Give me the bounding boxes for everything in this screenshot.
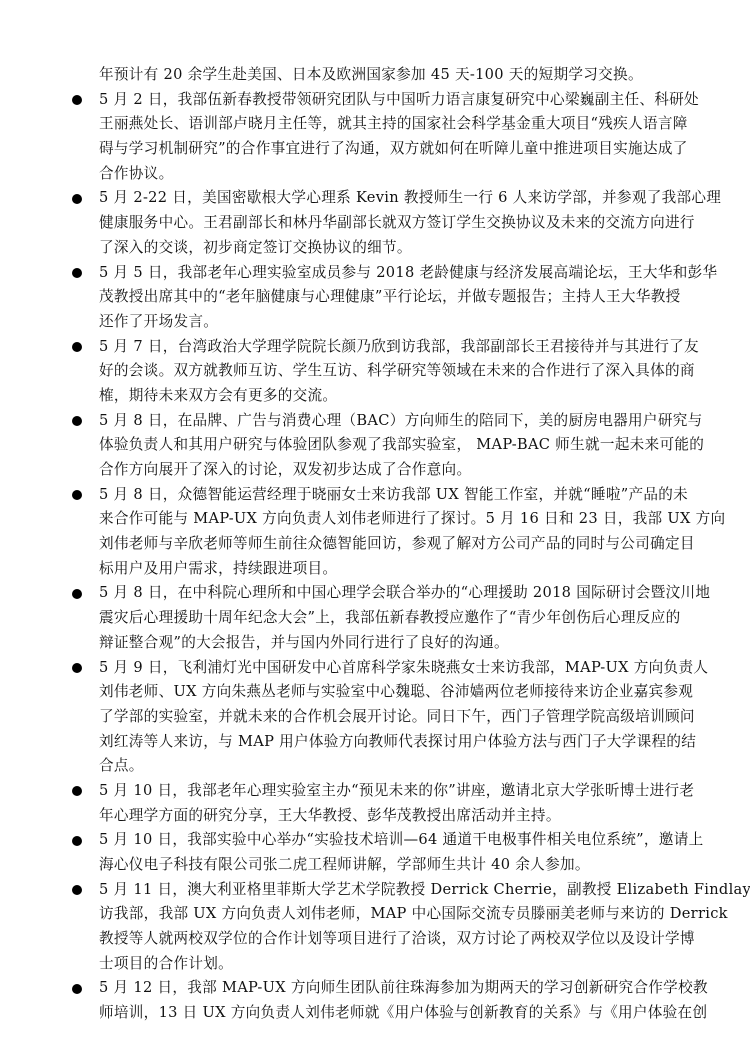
text-line: 王丽燕处长、语训部卢晓月主任等，就其主持的国家社会科学基金重大项目“残疾人语言障 [99, 112, 679, 137]
bullet-list-item: 5 月 11 日，澳大利亚格里菲斯大学艺术学院教授 Derrick Cherri… [0, 878, 750, 977]
text-line: 刘伟老师、UX 方向朱燕丛老师与实验室中心魏聪、谷沛嫱两位老师接待来访企业嘉宾参… [99, 680, 679, 705]
text-line: 震灾后心理援助十周年纪念大会”上，我部伍新春教授应邀作了“青少年创伤后心理反应的 [99, 606, 679, 631]
text-line: 海心仪电子科技有限公司张二虎工程师讲解，学部师生共计 40 余人参加。 [99, 853, 679, 878]
bullet-list-item: 5 月 2-22 日，美国密歇根大学心理系 Kevin 教授师生一行 6 人来访… [0, 186, 750, 260]
bullet-list-item: 5 月 2 日，我部伍新春教授带领研究团队与中国听力语言康复研究中心梁巍副主任、… [0, 88, 750, 187]
text-line: 合作协议。 [99, 162, 679, 187]
bullet-list-item: 5 月 10 日，我部老年心理实验室主办“预见未来的你”讲座，邀请北京大学张昕博… [0, 779, 750, 828]
bullet-dot-icon [72, 342, 82, 352]
bullet-dot-icon [72, 589, 82, 599]
text-line: 辩证整合观”的大会报告，并与国内外同行进行了良好的沟通。 [99, 631, 679, 656]
text-line: 标用户及用户需求，持续跟进项目。 [99, 557, 679, 582]
bullet-list-item: 5 月 8 日，在品牌、广告与消费心理（BAC）方向师生的陪同下，美的厨房电器用… [0, 409, 750, 483]
text-line: 5 月 2 日，我部伍新春教授带领研究团队与中国听力语言康复研究中心梁巍副主任、… [99, 88, 679, 113]
bullet-dot-icon [72, 984, 82, 994]
bullet-list-item: 5 月 12 日，我部 MAP-UX 方向师生团队前往珠海参加为期两天的学习创新… [0, 976, 750, 1025]
text-line: 体验负责人和其用户研究与体验团队参观了我部实验室， MAP-BAC 师生就一起未… [99, 433, 679, 458]
text-line: 士项目的合作计划。 [99, 952, 679, 977]
text-line: 健康服务中心。王君副部长和林丹华副部长就双方签订学生交换协议及未来的交流方向进行 [99, 211, 679, 236]
bullet-dot-icon [72, 786, 82, 796]
text-line: 年预计有 20 余学生赴美国、日本及欧洲国家参加 45 天-100 天的短期学习… [99, 63, 679, 88]
text-line: 了深入的交谈，初步商定签订交换协议的细节。 [99, 236, 679, 261]
text-line: 5 月 5 日，我部老年心理实验室成员参与 2018 老龄健康与经济发展高端论坛… [99, 261, 679, 286]
text-line: 了学部的实验室，并就未来的合作机会展开讨论。同日下午，西门子管理学院高级培训顾问 [99, 705, 679, 730]
document-page: 年预计有 20 余学生赴美国、日本及欧洲国家参加 45 天-100 天的短期学习… [0, 63, 750, 1026]
bullet-list-item: 5 月 5 日，我部老年心理实验室成员参与 2018 老龄健康与经济发展高端论坛… [0, 261, 750, 335]
text-line: 还作了开场发言。 [99, 310, 679, 335]
text-line: 5 月 10 日，我部老年心理实验室主办“预见未来的你”讲座，邀请北京大学张昕博… [99, 779, 679, 804]
bullet-list-item: 5 月 8 日，在中科院心理所和中国心理学会联合举办的“心理援助 2018 国际… [0, 581, 750, 655]
bullet-list-item: 5 月 7 日，台湾政治大学理学院院长颜乃欣到访我部，我部副部长王君接待并与其进… [0, 335, 750, 409]
text-line: 5 月 7 日，台湾政治大学理学院院长颜乃欣到访我部，我部副部长王君接待并与其进… [99, 335, 679, 360]
bullet-dot-icon [72, 194, 82, 204]
continuation-paragraph: 年预计有 20 余学生赴美国、日本及欧洲国家参加 45 天-100 天的短期学习… [0, 63, 750, 88]
text-line: 5 月 8 日，在品牌、广告与消费心理（BAC）方向师生的陪同下，美的厨房电器用… [99, 409, 679, 434]
bullet-dot-icon [72, 663, 82, 673]
bullet-list-item: 5 月 9 日，飞利浦灯光中国研发中心首席科学家朱晓燕女士来访我部，MAP-UX… [0, 656, 750, 779]
text-line: 刘伟老师与辛欣老师等师生前往众德智能回访，参观了解对方公司产品的同时与公司确定目 [99, 532, 679, 557]
text-line: 5 月 10 日，我部实验中心举办“实验技术培训—64 通道干电极事件相关电位系… [99, 828, 679, 853]
text-line: 5 月 12 日，我部 MAP-UX 方向师生团队前往珠海参加为期两天的学习创新… [99, 976, 679, 1001]
bullet-dot-icon [72, 416, 82, 426]
text-line: 来合作可能与 MAP-UX 方向负责人刘伟老师进行了探讨。5 月 16 日和 2… [99, 507, 679, 532]
bullet-dot-icon [72, 268, 82, 278]
text-line: 5 月 9 日，飞利浦灯光中国研发中心首席科学家朱晓燕女士来访我部，MAP-UX… [99, 656, 679, 681]
text-line: 好的会谈。双方就教师互访、学生互访、科学研究等领域在未来的合作进行了深入具体的商 [99, 359, 679, 384]
text-line: 合作方向展开了深入的讨论，双发初步达成了合作意向。 [99, 458, 679, 483]
text-line: 茂教授出席其中的“老年脑健康与心理健康”平行论坛，并做专题报告；主持人王大华教授 [99, 285, 679, 310]
text-line: 师培训，13 日 UX 方向负责人刘伟老师就《用户体验与创新教育的关系》与《用户… [99, 1001, 679, 1026]
text-line: 5 月 11 日，澳大利亚格里菲斯大学艺术学院教授 Derrick Cherri… [99, 878, 679, 903]
text-line: 教授等人就两校双学位的合作计划等项目进行了洽谈，双方讨论了两校双学位以及设计学博 [99, 927, 679, 952]
bullet-dot-icon [72, 490, 82, 500]
text-line: 合点。 [99, 754, 679, 779]
text-line: 碍与学习机制研究”的合作事宜进行了沟通，双方就如何在听障儿童中推进项目实施达成了 [99, 137, 679, 162]
bullet-list-item: 5 月 10 日，我部实验中心举办“实验技术培训—64 通道干电极事件相关电位系… [0, 828, 750, 877]
text-line: 5 月 8 日，在中科院心理所和中国心理学会联合举办的“心理援助 2018 国际… [99, 581, 679, 606]
text-line: 5 月 2-22 日，美国密歇根大学心理系 Kevin 教授师生一行 6 人来访… [99, 186, 679, 211]
text-line: 年心理学方面的研究分享，王大华教授、彭华茂教授出席活动并主持。 [99, 804, 679, 829]
bullet-dot-icon [72, 95, 82, 105]
bullet-list-item: 5 月 8 日，众德智能运营经理于晓丽女士来访我部 UX 智能工作室，并就“睡啦… [0, 483, 750, 582]
text-line: 榷，期待未来双方会有更多的交流。 [99, 384, 679, 409]
text-line: 访我部，我部 UX 方向负责人刘伟老师，MAP 中心国际交流专员滕丽美老师与来访… [99, 902, 679, 927]
bullet-dot-icon [72, 836, 82, 846]
bullet-dot-icon [72, 885, 82, 895]
text-line: 5 月 8 日，众德智能运营经理于晓丽女士来访我部 UX 智能工作室，并就“睡啦… [99, 483, 679, 508]
text-line: 刘红涛等人来访，与 MAP 用户体验方向教师代表探讨用户体验方法与西门子大学课程… [99, 730, 679, 755]
